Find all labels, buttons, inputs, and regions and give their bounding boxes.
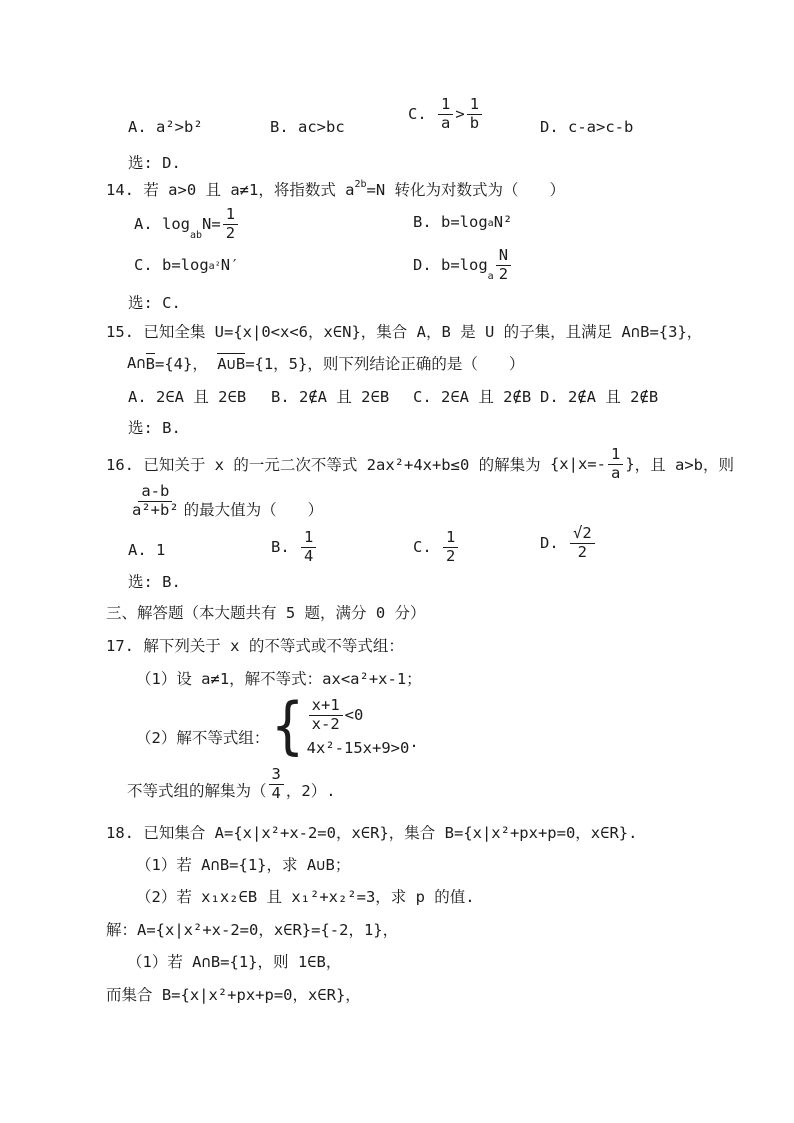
q14-answer: 选: C.: [128, 291, 181, 313]
q16-option-d: D. √2 2: [540, 525, 597, 562]
greater-than-sign: >: [455, 105, 464, 123]
q17-part1: （1）设 a≠1，解不等式：ax<a²+x-1；: [136, 667, 422, 689]
fraction-1-over-2: 1 2: [223, 206, 238, 243]
q18-solution-line3: 而集合 B={x|x²+px+p=0，x∈R}，: [106, 983, 361, 1005]
fraction-denominator: 2: [575, 544, 590, 562]
system-left-brace: {: [272, 697, 304, 756]
fraction-denominator: x-2: [309, 716, 343, 734]
fraction-numerator: 1: [438, 96, 453, 115]
q17-stem: 17. 解下列关于 x 的不等式或不等式组：: [106, 634, 404, 656]
q16-stem-text: ，且 a>b，则: [635, 453, 734, 475]
q16-answer: 选: B.: [128, 570, 181, 592]
q14-option-a: A. logabN= 1 2: [134, 206, 240, 243]
q14-stem-text: =N 转化为对数式为（ ）: [367, 178, 566, 200]
q14-option-d: D. b=loga N 2: [413, 247, 513, 284]
fraction-x-plus-1-over-x-minus-2: x+1 x-2: [309, 697, 343, 734]
set-expression: ={4}，: [155, 352, 217, 374]
q16-stem-line1: 16. 已知关于 x 的一元二次不等式 2ax²+4x+b≤0 的解集为 {x|…: [106, 446, 734, 483]
q15-stem-line1: 15. 已知全集 U={x|0<x<6，x∈N}，集合 A，B 是 U 的子集，…: [106, 320, 702, 342]
fraction-denominator: 4: [269, 785, 284, 803]
q15-stem-line2: A∩B={4}， A∪B={1，5}，则下列结论正确的是（ ）: [127, 352, 524, 374]
q16-option-b-label: B.: [271, 538, 299, 556]
exponent: 2b: [354, 179, 366, 190]
log-text: log: [162, 215, 190, 233]
log-text: b=log: [441, 256, 488, 274]
equation-text: N′: [221, 256, 240, 274]
fraction-numerator: 1: [608, 446, 623, 465]
fraction-numerator: 1: [443, 529, 458, 548]
q13-option-c: C. 1 a > 1 b: [408, 96, 484, 133]
q16-option-a: A. 1: [128, 541, 165, 559]
q14-stem-text: 14. 若 a>0 且 a≠1，将指数式 a: [106, 178, 354, 200]
q15-option-b: B. 2∉A 且 2∈B: [271, 385, 389, 407]
system-rows: x+1 x-2 <0 4x²-15x+9>0: [307, 697, 410, 757]
q13-answer: 选: D.: [128, 151, 181, 173]
equation-text: N=: [202, 215, 221, 233]
q18-part2: （2）若 x₁x₂∈B 且 x₁²+x₂²=3，求 p 的值.: [136, 885, 475, 907]
log-base: ab: [190, 230, 202, 241]
q16-stem-line2: a-b a²+b² 的最大值为（ ）: [127, 483, 323, 520]
fraction-1-over-b: 1 b: [467, 96, 482, 133]
fraction-denominator: 4: [301, 548, 316, 566]
q15-answer: 选: B.: [128, 416, 181, 438]
q16-stem-text: 16. 已知关于 x 的一元二次不等式 2ax²+4x+b≤0 的解集为: [106, 453, 550, 475]
q16-option-d-label: D.: [540, 534, 568, 552]
fraction-numerator: 1: [301, 529, 316, 548]
q15-option-c: C. 2∈A 且 2∉B: [413, 385, 531, 407]
q13-option-d: D. c-a>c-b: [540, 118, 633, 136]
log-text: b=log: [441, 213, 488, 231]
fraction-1-over-2: 1 2: [443, 529, 458, 566]
q17-part2: （2）解不等式组： { x+1 x-2 <0 4x²-15x+9>0 .: [136, 697, 419, 757]
q14-option-d-label: D.: [413, 256, 441, 274]
document-page: A. a²>b² B. ac>bc C. 1 a > 1 b D. c-a>c-…: [0, 0, 794, 1123]
log-base: a²: [209, 261, 221, 272]
fraction-1-over-4: 1 4: [301, 529, 316, 566]
fraction-numerator: a-b: [138, 483, 172, 502]
fraction-1-over-a: 1 a: [608, 446, 623, 483]
fraction-numerator: √2: [570, 525, 595, 544]
q14-stem: 14. 若 a>0 且 a≠1，将指数式 a2b=N 转化为对数式为（ ）: [106, 178, 565, 200]
fraction-denominator: 2: [496, 266, 511, 284]
system-row-1: x+1 x-2 <0: [307, 697, 364, 734]
q17-solution: 不等式组的解集为（ 3 4 ，2）.: [127, 766, 336, 801]
fraction-denominator: 2: [223, 225, 238, 243]
q16-stem-text: 的最大值为（ ）: [184, 498, 324, 520]
solution-set-open: {x|x=-: [550, 455, 606, 473]
fraction-denominator: b: [467, 115, 482, 133]
fraction-numerator: 1: [223, 206, 238, 225]
q16-option-c-label: C.: [413, 538, 441, 556]
q13-option-c-label: C.: [408, 105, 436, 123]
q13-option-b: B. ac>bc: [270, 118, 345, 136]
q13-option-a: A. a²>b²: [128, 118, 203, 136]
fraction-denominator: a²+b²: [129, 502, 182, 520]
section-3-header: 三、解答题（本大题共有 5 题，满分 0 分）: [106, 601, 426, 623]
q14-option-c-label: C.: [134, 256, 162, 274]
q18-part1: （1）若 A∩B={1}，求 A∪B；: [136, 853, 350, 875]
log-text: b=log: [162, 256, 209, 274]
q16-option-c: C. 1 2: [413, 529, 460, 566]
q15-option-a: A. 2∈A 且 2∈B: [128, 385, 246, 407]
complement-A-union-B-overline: A∪B: [217, 353, 245, 373]
solution-text: 不等式组的解集为（: [127, 779, 267, 801]
equation-text: N²: [494, 213, 513, 231]
system-row-2: 4x²-15x+9>0: [307, 739, 410, 757]
q16-option-b: B. 1 4: [271, 529, 318, 566]
fraction-denominator: a: [438, 115, 453, 133]
fraction-numerator: 3: [269, 766, 284, 785]
fraction-1-over-a: 1 a: [438, 96, 453, 133]
fraction-3-over-4: 3 4: [269, 766, 284, 803]
q14-option-b-label: B.: [413, 213, 441, 231]
fraction-denominator: a: [608, 465, 623, 483]
q18-solution-line1: 解：A={x|x²+x-2=0，x∈R}={-2，1}，: [106, 918, 398, 940]
fraction-numerator: 1: [467, 96, 482, 115]
fraction-sqrt2-over-2: √2 2: [570, 525, 595, 562]
solution-set-close: }: [625, 455, 634, 473]
set-expression: A∩: [127, 354, 146, 372]
period: .: [409, 733, 418, 751]
solution-text: ，2）.: [286, 779, 336, 801]
log-base: a: [488, 271, 494, 282]
q18-stem: 18. 已知集合 A={x|x²+x-2=0，x∈R}，集合 B={x|x²+p…: [106, 821, 637, 843]
q18-solution-line2: （1）若 A∩B={1}，则 1∈B，: [127, 950, 341, 972]
fraction-denominator: 2: [443, 548, 458, 566]
fraction-numerator: N: [496, 247, 511, 266]
q14-option-c: C. b=loga²N′: [134, 256, 239, 274]
inequality-relation: <0: [345, 706, 364, 724]
complement-B-overline: B: [146, 353, 155, 373]
q15-option-d: D. 2∉A 且 2∉B: [540, 385, 658, 407]
q17-part2-label: （2）解不等式组：: [136, 726, 269, 748]
inequality-system: { x+1 x-2 <0 4x²-15x+9>0: [269, 697, 409, 757]
fraction-N-over-2: N 2: [496, 247, 511, 284]
fraction-a-minus-b-over-a2-plus-b2: a-b a²+b²: [129, 483, 182, 520]
q14-option-b: B. b=logaN²: [413, 213, 512, 231]
set-expression: ={1，5}，则下列结论正确的是（ ）: [245, 352, 524, 374]
q14-option-a-label: A.: [134, 215, 162, 233]
fraction-numerator: x+1: [309, 697, 343, 716]
